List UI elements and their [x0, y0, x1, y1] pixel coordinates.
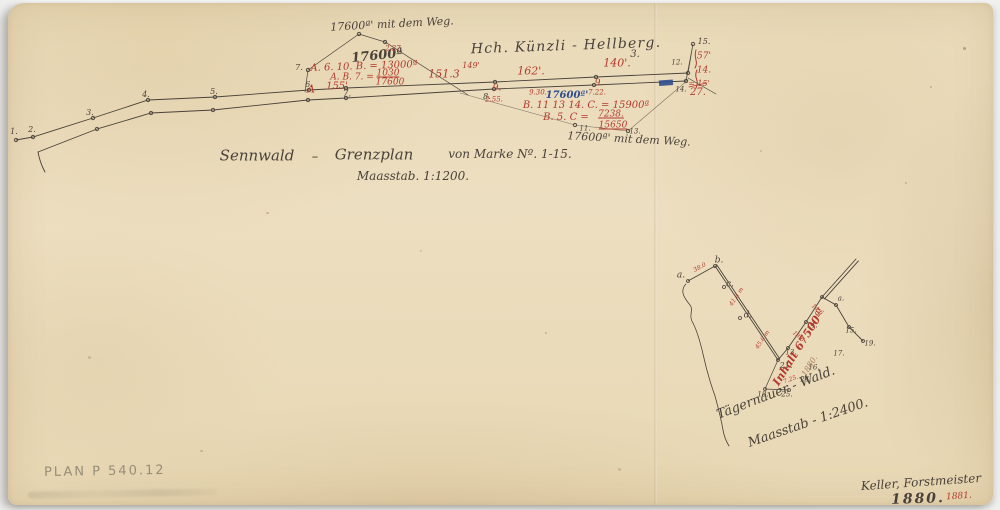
- map-annotation: 140'.: [603, 58, 631, 69]
- map-annotation: 12.: [671, 60, 682, 67]
- map-annotation: 13.: [629, 129, 640, 136]
- map-annotation: 7.22.: [588, 90, 606, 97]
- map-annotation: a.: [838, 296, 844, 303]
- map-annotation: 17600: [376, 79, 405, 88]
- map-annotation: 7238.: [598, 111, 624, 120]
- map-annotation: 9.: [595, 80, 604, 89]
- map-annotation: 149': [462, 62, 479, 70]
- signature-year-added: 1881.: [946, 492, 972, 503]
- map-annotation: 151.3: [428, 69, 460, 80]
- map-annotation: 2.27.: [385, 46, 403, 53]
- map-annotation: 57': [697, 53, 711, 62]
- map-annotation: 3.: [86, 109, 94, 117]
- annotation-layer: 17600ª' mit dem Weg.17600ªA. 6. 10. B. =…: [0, 0, 1000, 510]
- map-annotation: 45.6 m: [755, 330, 772, 351]
- map-annotation: 15.: [698, 38, 711, 46]
- map-annotation: 1.: [10, 128, 18, 136]
- map-annotation: 15650: [599, 122, 628, 131]
- map-annotation: 15.: [845, 328, 856, 335]
- map-annotation: 17.: [833, 351, 844, 358]
- map-annotation: a.: [677, 272, 685, 281]
- map-annotation: 2.: [28, 126, 36, 134]
- scanned-plan-page: 17600ª' mit dem Weg.17600ªA. 6. 10. B. =…: [0, 0, 1000, 510]
- map-annotation: 7.: [343, 91, 352, 100]
- map-annotation: 7.: [295, 64, 303, 72]
- map-annotation: 4.: [142, 91, 150, 99]
- map-annotation: 41.6 m: [729, 287, 746, 308]
- map-annotation: 38.0: [693, 262, 708, 274]
- map-annotation: 9.30.: [529, 90, 547, 97]
- map-annotation: 19.: [864, 341, 875, 348]
- map-annotation: 6.: [305, 81, 313, 89]
- map-annotation: 8.: [483, 93, 491, 101]
- map-annotation: d.: [744, 312, 753, 321]
- area-note-top: 17600ª' mit dem Weg.: [330, 15, 454, 32]
- map-annotation: 11.: [579, 126, 590, 133]
- map-annotation: 9.: [493, 85, 502, 94]
- plan-scale: Maasstab. 1:1200.: [357, 170, 469, 182]
- map-annotation: 27.: [690, 88, 706, 98]
- map-annotation: B. 11 13 14. C. = 15900ª: [523, 101, 649, 111]
- map-annotation: B. 5. C =: [543, 113, 589, 123]
- map-annotation: c.: [726, 281, 734, 290]
- archive-stamp: PLAN P 540.12: [44, 463, 166, 480]
- map-annotation: 14.: [697, 67, 711, 76]
- plan-title-range: von Marke Nº. 1-15.: [448, 148, 571, 160]
- plan-title-place: Sennwald: [220, 149, 295, 164]
- map-annotation: 14.: [675, 87, 686, 94]
- map-annotation: 5.: [210, 88, 218, 96]
- plan-title-kind: Grenzplan: [335, 148, 414, 163]
- plan-title-dash: –: [312, 151, 319, 164]
- signature-year: 1880.: [891, 491, 945, 507]
- map-annotation: 162'.: [517, 66, 545, 77]
- map-annotation: b.: [715, 257, 724, 266]
